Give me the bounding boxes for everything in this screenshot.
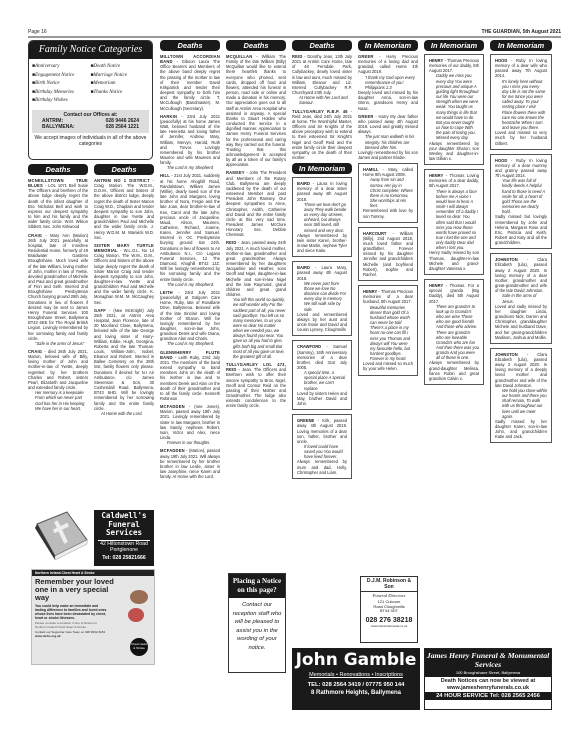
categories-title: Family Notice Categories [29,41,152,59]
notice-text: Loved and remembered always by her aunt … [297,312,347,332]
notice: SISTER MARY TURTLE MEMORIAL - W.L.O.L. N… [94,243,154,305]
memoriam-column-6: In Memoriam GREER - Harry Precious memor… [358,40,418,600]
notice-text: The just man walketh in his integrity: h… [358,134,418,149]
charity-web: www.nichs.org.uk [35,634,61,638]
charity-badge: Chest Heart & Stroke [130,638,148,656]
notice-text: - Reid Jean, died 24th July 2021 at home… [292,109,352,160]
memoriam-column-8: In Memoriam HOOD - Ruby In loving memory… [490,40,552,646]
notice-text: Loved and missed so very much by her hus… [495,130,547,145]
notice: CRAIG - Mary Ann (Marion) 26th July 2021… [28,233,88,346]
notice-text: - Craig Marion The W.D.M., D.D.M., Offic… [94,178,154,240]
notice-text: There are granda's to look up to Granda'… [429,304,479,361]
notice-text: Beautiful memories dearer than gold Of a… [363,305,413,362]
caldwells-funeral-ad: Caldwell's Funeral Services 42 Hiltonsto… [94,510,154,566]
category-item: Birthday Memories [32,89,91,98]
robinson-sub: Funeral Directors [361,592,417,599]
notice-text: Forever in our thoughts. [160,440,220,445]
notice-text: - died 26th July 2021, Marion, beloved w… [28,349,88,390]
section-heading-memoriam: In Memoriam [490,40,552,51]
notice-text: - John The President and Members of the … [226,170,286,237]
category-item: Death Notice [91,63,150,72]
rose-image [130,590,148,604]
notice: CRAIG - died 26th July 2021, Marion, bel… [28,349,88,411]
deaths-column-2: Deaths ANTRIM NO 1 DISTRICT - Craig Mari… [94,164,154,514]
category-item: Birthday Wishes [32,97,91,106]
jh-name: James Henry Funeral & Monumental Service… [426,651,550,669]
placing-title: Placing a Notice on this page? [229,574,285,598]
charity-body: You could help make an immediate and las… [32,604,112,620]
notice-text: - William The Family of the late William… [226,54,286,167]
section-heading-memoriam: In Memoriam [424,40,484,51]
notice-text: You left this world so quickly, we still… [226,297,286,359]
header-rule [28,36,561,38]
gamble-address: 8 Rathmore Heights, Ballymena [294,690,418,696]
notice-text: - Clara Elizabeth (Lila), passed away 2 … [495,352,547,388]
notice-text: Always remembered by your daughter Sharo… [429,141,479,161]
notice: MCNEILLSTOWN TRUE BLUES - LOL 1071 Bell … [28,178,88,230]
notice-text: Always remembered by grand-daughter Meli… [429,360,479,380]
categories-list: Anniversary Death Notice Engagement Noti… [29,59,152,110]
memoriam-column-7: In Memoriam HENRY - Thomas Precious memo… [424,40,484,646]
notice-text: - Jean. The Officers and Brethren wish t… [226,367,286,408]
notice-text: - Mary Ann (Marion) 26th July 2021 peace… [28,233,88,341]
notice-text: 'I thank my God upon every remembrance o… [358,75,418,90]
notice-text: - Jean, passed away 24th July 2021. A mu… [226,240,286,297]
robinson-web: www.robinsonsfunerals.co.uk [361,624,417,628]
bible-icon [31,510,89,562]
john-gamble-ad: John Gamble Memorials • Renovations • In… [292,648,420,710]
jh-tel: 24 HOUR SERVICE Tel: 028 2565 2456 [425,692,551,700]
category-item: Anniversary [32,63,91,72]
office-name: BALLYMENA: [42,124,75,130]
robinson-address: 121 Culcrum Road Cloughmills BT44 9DT [361,599,417,615]
notice-text: - 23rd July 2021 (peacefully) at Galgorm… [160,290,220,341]
section-heading-deaths: Deaths [28,164,88,175]
gamble-services: Memorials • Renovations • Inscriptions [294,670,418,680]
notice-text: - Dorothy Jean, 13th July 2021 at Antrim… [292,54,352,95]
notice-text: It's lonely here without you I miss you … [495,79,547,131]
notice-text: - (nee Jones), Marion, passed away 19th … [160,404,220,440]
notice-text: - Leith Ruby, 23rd July 2021. The member… [160,355,220,401]
category-item: Birth Notice [32,80,91,89]
notice-text: - 23rd July 2021 (peacefully) at his hom… [160,114,220,165]
gamble-name: John Gamble [294,650,418,670]
robinson-funeral-ad: D.J.M. Robinson & Son Funeral Directors … [360,576,418,643]
publication-dateline: THE GUARDIAN, 5th August 2021 [481,29,561,35]
notice-text: Those we love don't go away They walk be… [297,202,347,233]
notice-text: We hold you close within our hearts and … [495,388,547,419]
notice-text: At Home with the Lord. [94,411,154,416]
notice-text: Remembered with love by son Tommy. [363,208,413,218]
charity-contact: Contact our Supporter Care Team on 028 9… [32,631,110,638]
notice-text: - LOL 1071 Bell Susie The Officers and b… [28,183,88,229]
chest-heart-stroke-ad: Northern Ireland Chest Heart & Stroke Re… [31,569,155,665]
section-heading-deaths: Deaths [160,40,220,51]
robinson-name: D.J.M. Robinson & Son [361,577,417,592]
notice-text: Loved and sadly missed by her daughter L… [495,304,547,340]
robinson-tel: 028 276 38218 [361,615,417,624]
notice-text: - Gibson Laura The Office Bearers and Me… [160,59,220,110]
category-item: Memoriam [91,80,150,89]
notice-text: The Lord is my Shepherd [160,165,220,170]
notice-text: Her memory is a keepsake From which we n… [28,390,88,411]
notice-text: Safe in the arms of Jesus. [495,293,547,303]
notice-text: - W.L.O.L. No 14 Craig Marion. The W.M.,… [94,248,154,305]
contact-offices: Contact our Offices at: ANTRIM:028 9446 … [32,110,149,133]
newspaper-page: Page 16 THE GUARDIAN, 5th August 2021 Fa… [28,28,561,718]
notice-text: Always remembered by twin sister Karen, … [297,233,347,253]
images-note: We accept images of individuals in all o… [29,133,152,149]
notice-text: "Safe in the arms of Jesus" [28,341,88,346]
notice-text: Daddy we miss you every day You were pre… [429,73,479,140]
notice-text: Always remembered by mum and dad, Holly,… [297,459,347,474]
jh-address: 100 Broughshane Street, Ballymena [426,669,550,675]
gamble-tel: TEL: 028 2564 3419 / 07775 950 144 [294,680,418,690]
heart-image [128,608,144,622]
section-heading-deaths: Deaths [292,40,352,51]
section-heading-deaths: Deaths [94,164,154,175]
jh-web[interactable]: www.jameshenryfunerals.co.uk [425,685,551,692]
notice-text: Sadly missed but lovingly remembered by … [495,214,547,245]
notice-text: Henry Sadly missed by son Thomas, daught… [429,250,479,270]
office-ballymena: BALLYMENA:028 2564 1221 [42,124,139,130]
bible-cross-image [31,510,89,562]
category-item: Marriage Notice [91,72,150,81]
section-heading-memoriam: In Memoriam [292,163,352,174]
category-item: Thanks Notice [91,89,150,98]
category-item: Engagement Notice [32,72,91,81]
notice-text: Sadly missed by her daughter Karen, son-… [495,419,547,439]
notice-text: At Home with her Lord and Saviour. [292,95,352,105]
notice-text: - 21st July 2021, suddenly at his home A… [160,173,220,281]
notice-text: Away from sin and sorrow, Her joy in Chr… [363,177,413,208]
notice-text: The Lord is my Shepherd. [160,341,220,346]
jh-notice: Death Notices can now be viewed at [425,677,551,685]
notice-text: - (Marion), passed away 19th July 2021. … [160,448,220,479]
notice: GAFF - (Nee McKnight) July 25th 2021, at… [94,308,154,416]
caldwells-name: Caldwell's Funeral Services [96,512,152,538]
family-notice-categories-box: Family Notice Categories Anniversary Dea… [28,40,153,160]
notice-text: - Clara Elizabeth (Lila), passed away 2 … [495,257,547,293]
deaths-column-1: Deaths MCNEILLSTOWN TRUE BLUES - LOL 107… [28,164,88,514]
notice-text: - William (Billy), 2nd August 2018, much… [363,231,413,277]
notice-text: Loved by sisters Helen and May, brother … [297,391,347,406]
notice: ANTRIM NO 1 DISTRICT - Craig Marion The … [94,178,154,240]
deaths-column-4: Deaths MCQUILLAN - William The Family of… [226,40,286,570]
section-heading-memoriam: In Memoriam [358,40,418,51]
notice-text: There is always a face before me A voice… [429,189,479,251]
placing-body: Contact our reception staff who will be … [229,598,285,655]
notice-text: A special time, a special place A specia… [297,370,347,391]
notice-text: Loved and missed so much by your wife He… [363,361,413,371]
notice-text: Lovingly remembered by his son James and… [358,150,418,160]
notice-text: If loved could have saved you You would … [297,444,347,459]
notice-text: We never part from those we love No dist… [297,281,347,312]
charity-headline: Remember your loved one in a very specia… [32,576,122,604]
office-phone: 028 2564 1221 [106,124,139,130]
page-number: Page 16 [28,29,47,35]
james-henry-funeral-ad: James Henry Funeral & Monumental Service… [424,648,552,710]
notice-text: - (Nee McKnight) July 25th 2021, at Antr… [94,308,154,411]
deaths-column-3: Deaths MILLTOWN ACCORDIAN BAND - Gibson … [160,40,220,672]
caldwells-address: 42 Hiltonstown Road Portglenone [98,540,150,553]
caldwells-tel: Tel: 028 25821666 [96,555,152,561]
notice-text: Your life was full of kindly deeds A hel… [495,178,547,214]
notice-text: Deeply loved and missed by his daughter … [358,90,418,110]
column-5: Deaths REID - Dorothy Jean, 13th July 20… [292,40,352,570]
placing-notice-box: Placing a Notice on this page? Contact o… [228,573,286,673]
section-heading-deaths: Deaths [226,40,286,51]
notice-text: The Lord is my Shepherd. [160,282,220,287]
